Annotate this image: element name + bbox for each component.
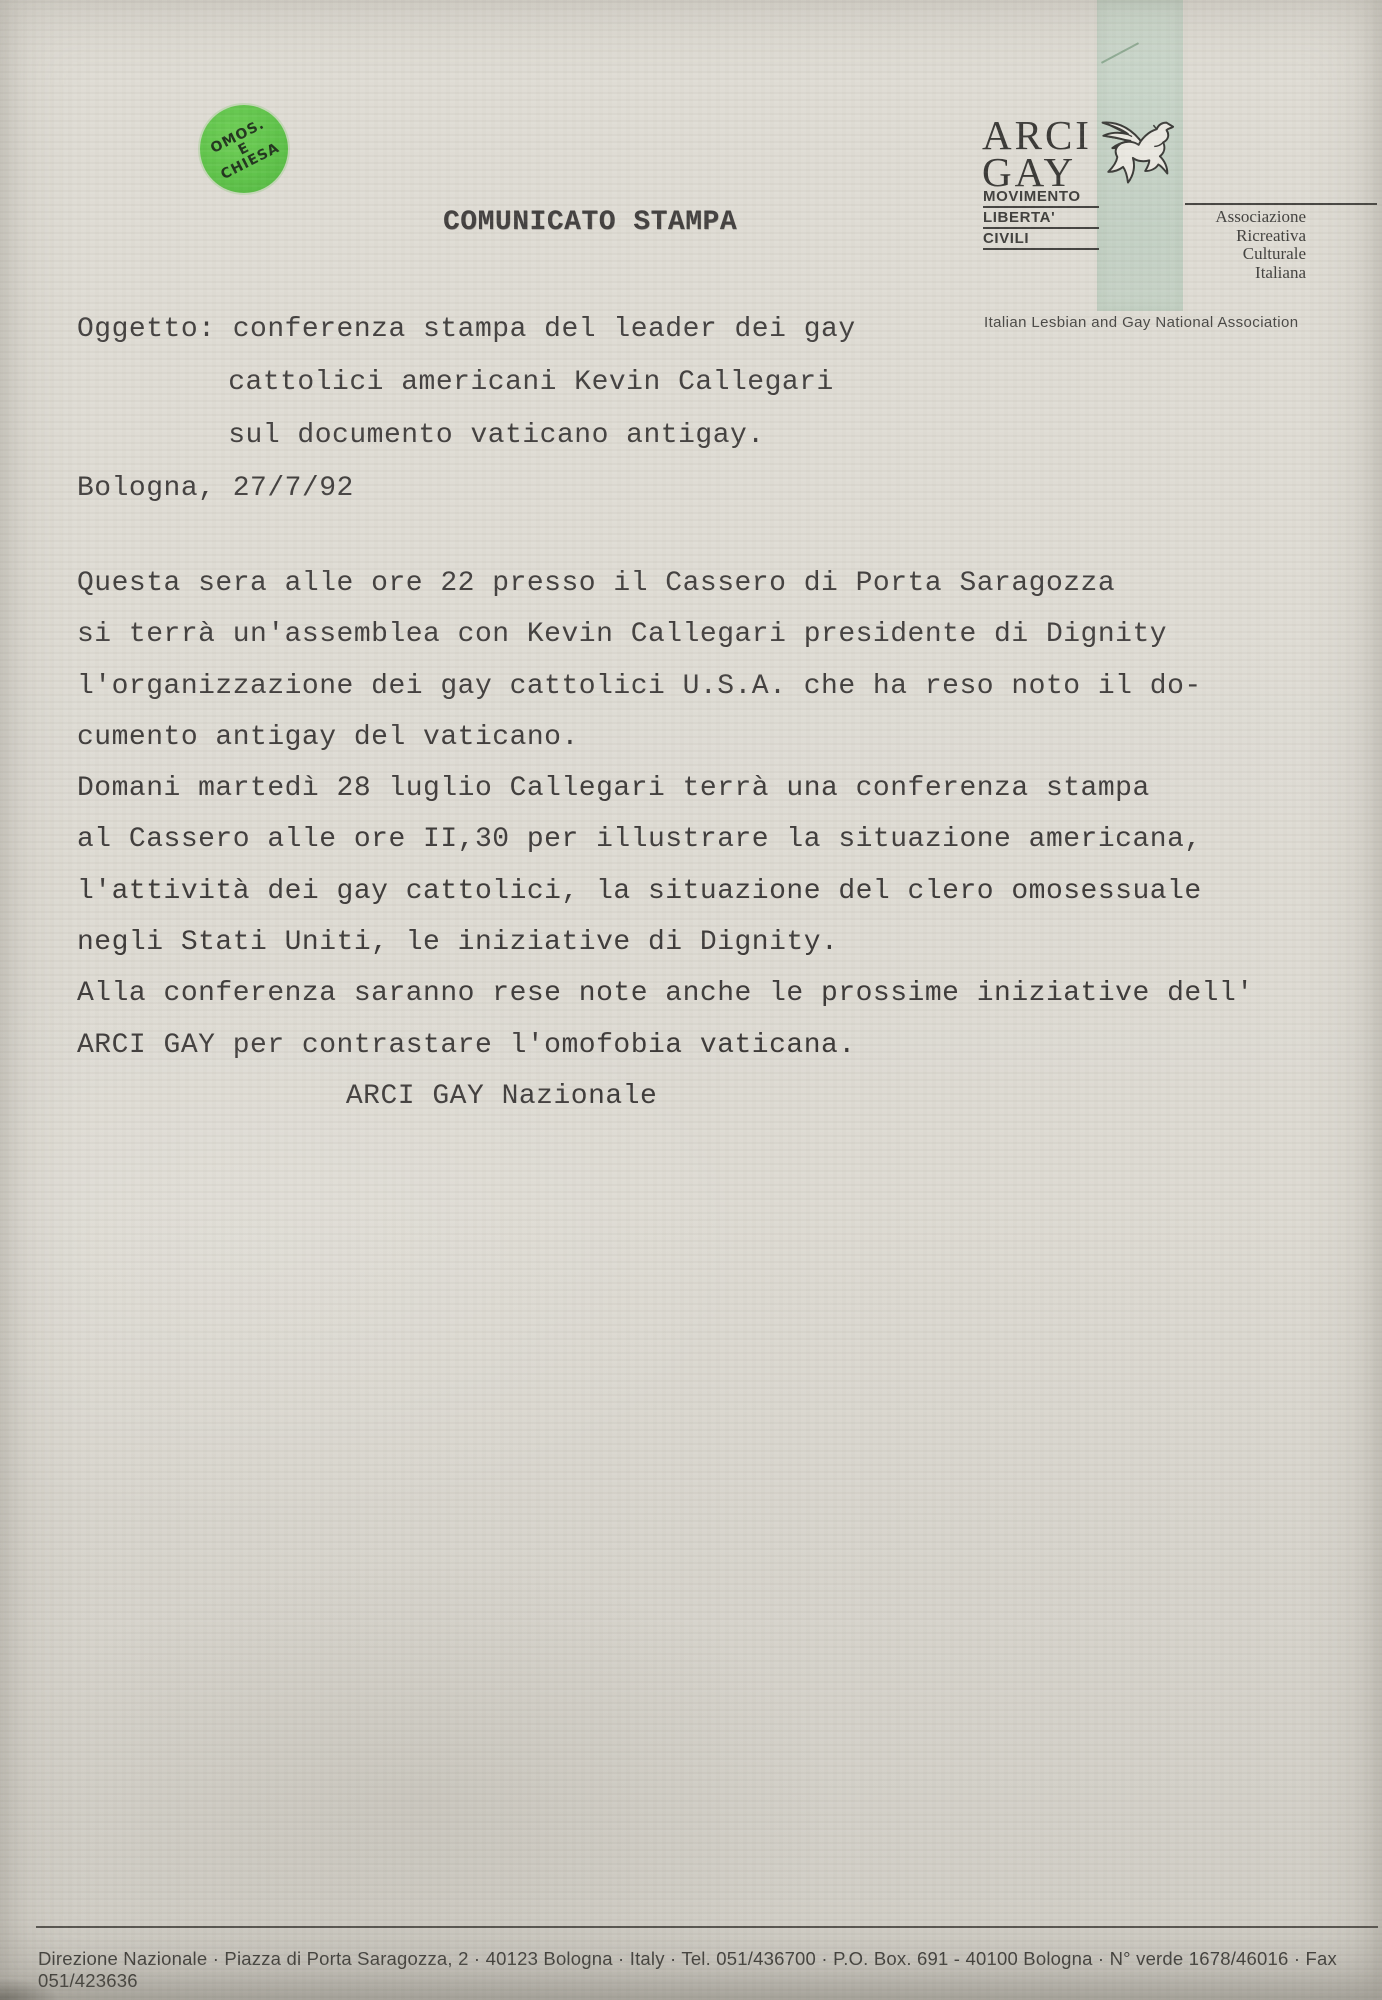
footer-divider-line [36, 1926, 1378, 1928]
sticker-handwriting: OMOS. E CHIESA [185, 90, 303, 208]
body-line: Alla conferenza saranno rese note anche … [77, 968, 1254, 1019]
subject-block: Oggetto: conferenza stampa del leader de… [77, 303, 856, 515]
body-line: si terrà un'assemblea con Kevin Callegar… [77, 609, 1254, 660]
document-title: COMUNICATO STAMPA [443, 207, 737, 238]
body-line: cumento antigay del vaticano. [77, 712, 1254, 763]
association-line: Italiana [1215, 264, 1306, 283]
body-line: negli Stati Uniti, le iniziative di Dign… [77, 917, 1254, 968]
subject-line: Oggetto: conferenza stampa del leader de… [77, 303, 856, 356]
body-line: l'organizzazione dei gay cattolici U.S.A… [77, 661, 1254, 712]
association-divider-line [1185, 203, 1377, 205]
body-line: Questa sera alle ore 22 presso il Casser… [77, 558, 1254, 609]
body-line: al Cassero alle ore II,30 per illustrare… [77, 814, 1254, 865]
logo-word-gay: GAY [982, 153, 1076, 191]
pegasus-icon [1096, 113, 1178, 193]
signature-line: ARCI GAY Nazionale [77, 1071, 1254, 1122]
association-line: Associazione [1215, 208, 1306, 227]
footer-address-line: Direzione Nazionale · Piazza di Porta Sa… [38, 1948, 1368, 1992]
body-line: l'attività dei gay cattolici, la situazi… [77, 866, 1254, 917]
tagline-movimento: MOVIMENTO [983, 189, 1099, 208]
city-date-line: Bologna, 27/7/92 [77, 462, 856, 515]
association-line: Culturale [1215, 245, 1306, 264]
scan-corner-smudge [0, 1978, 60, 2000]
body-line: Domani martedì 28 luglio Callegari terrà… [77, 763, 1254, 814]
body-text-block: Questa sera alle ore 22 presso il Casser… [77, 558, 1254, 1122]
association-name: Associazione Ricreativa Culturale Italia… [1215, 208, 1306, 282]
subject-line: cattolici americani Kevin Callegari [77, 356, 856, 409]
tagline-civili: CIVILI [983, 231, 1099, 250]
association-line: Ricreativa [1215, 227, 1306, 246]
green-topic-sticker: OMOS. E CHIESA [200, 105, 288, 193]
tagline-liberta: LIBERTA' [983, 210, 1099, 229]
logo-subtitle: Italian Lesbian and Gay National Associa… [984, 314, 1298, 331]
logo-tagline: MOVIMENTO LIBERTA' CIVILI [983, 189, 1099, 252]
subject-line: sul documento vaticano antigay. [77, 409, 856, 462]
body-line: ARCI GAY per contrastare l'omofobia vati… [77, 1020, 1254, 1071]
scanned-press-release: ARCI GAY MOVIMENTO LIBERTA' CIVILI Assoc… [0, 0, 1382, 2000]
